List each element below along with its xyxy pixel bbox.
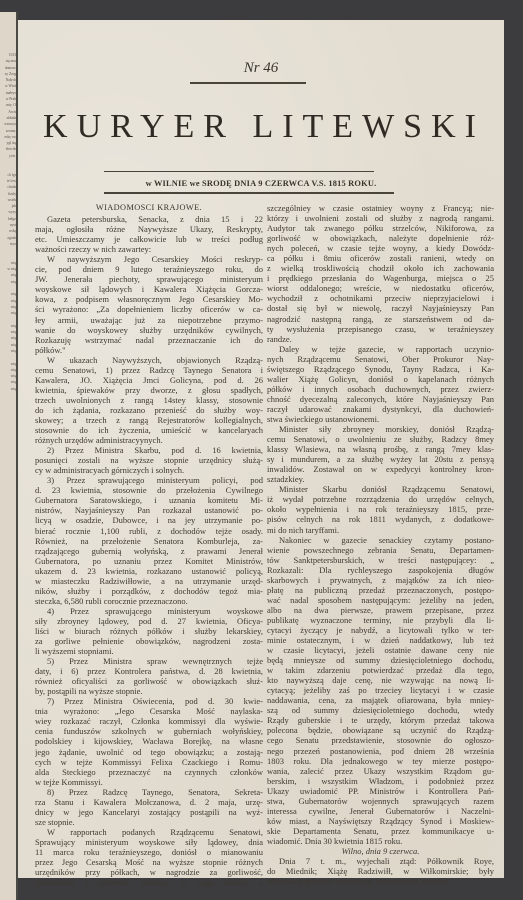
text-line: łey armii, uważając już za niepotrzebne … — [35, 315, 263, 325]
text-line: roztropność i czynność okazaną, w ciągu … — [35, 877, 263, 887]
text-line: Marszałek gubernii wileńskiey, Sulistrow… — [267, 876, 494, 886]
text-line: Gazeta petersburska, Senacka, z dnia 15 … — [35, 214, 263, 224]
text-line: 3) Przez sprawującego ministeryum policy… — [35, 475, 263, 485]
text-line: publikatę wyznaczone terminy, nie przyby… — [267, 615, 494, 625]
text-line: gorliwość w obowiązkach, należyte dopełn… — [267, 233, 494, 243]
text-line: alda Steckiego przeznaczyć na czynnych c… — [35, 767, 263, 777]
text-line: chność dyecezalną zaleconych, które Nayj… — [267, 394, 494, 404]
section-heading: WIADOMOSCI KRAJOWE. — [35, 203, 263, 213]
text-line: skie Departamenta Senatu, przez kommunik… — [267, 826, 494, 836]
text-line: jego żądanie, uwolnić od tego obowiązku;… — [35, 747, 263, 757]
text-line: dnicy w jego Kancelaryi zostający postąp… — [35, 807, 263, 817]
text-line: nagrodzić następną rangą, ze starszeństw… — [267, 314, 494, 324]
text-line: JW. Jenerała piechoty, sprawującego mini… — [35, 274, 263, 284]
text-line: nego przezeń postanowienia, pod dniem 28… — [267, 746, 494, 756]
text-line: cemu Senatowi, 1) przez Radzcę Taynego S… — [35, 365, 263, 375]
text-line: również oficyaliści za gorliwość w obowi… — [35, 676, 263, 686]
text-line: cytacyi życzący je nabydź, a licytowali … — [267, 625, 494, 635]
text-line: do ich żądania, rozkazano przenieść do s… — [35, 405, 263, 415]
text-line: stosownie do ich życzenia, umieścić w ka… — [35, 425, 263, 435]
text-line: polecona będzie, obowiązane są uczynić d… — [267, 725, 494, 735]
text-line: sztadzkiey. — [267, 474, 494, 484]
text-line: 4) Przez sprawującego ministeryum woysko… — [35, 606, 263, 616]
text-line: d. 23 kwietnia, stosownie do przełożenia… — [35, 485, 263, 495]
text-line: ty wysłużenia przepisanego czasu, w tera… — [267, 324, 494, 334]
text-line: cy w administracyach górniczych i solnyc… — [35, 465, 263, 475]
text-line: randze. — [267, 334, 494, 344]
text-line: wiey rozkazać raczył, Członka kommissyi … — [35, 716, 263, 726]
text-line: sy i mundurem, a za służbę wyżey lat 20s… — [267, 454, 494, 464]
issue-number: Nr 46 — [18, 60, 504, 77]
text-line: ków miast, a Nayświętszy Rządzący Synod … — [267, 816, 494, 826]
text-line: kto naywyższą daje cenę, nie wzywając na… — [267, 675, 494, 685]
text-line: w takim zdarzeniu potwierdzać przedaż dl… — [267, 665, 494, 675]
text-line: W ukazach Naywyższych, objawionych Rządz… — [35, 355, 263, 365]
text-line: Audytor tak zwanego półku strzelców, Nik… — [267, 223, 494, 233]
text-line: Gubernatora, po uznaniu przez Komitet Mi… — [35, 556, 263, 566]
text-line: ca półku i 8miu oficerów zostali ranieni… — [267, 253, 494, 263]
text-line: półków i innych osobach duchownych, prze… — [267, 384, 494, 394]
text-line: wania, zalecić przez Ukazy wszystkim Rzą… — [267, 766, 494, 776]
text-line: skowey; a trzech z rangą Rejestratorów k… — [35, 415, 263, 425]
text-line: cie, pod dniem 9 lutego teraźnieyszego r… — [35, 264, 263, 274]
text-line: około wypełnienia i na rok teraźnieyszy … — [267, 504, 494, 514]
text-line: Nakoniec w gazecie senackiey czytamy pos… — [267, 535, 494, 545]
text-line: 2) Przez Ministra Skarbu, pod d. 16 kwie… — [35, 445, 263, 455]
newspaper-title: KURYER LITEWSKI — [24, 108, 504, 146]
text-line: berskim, i wszystkim Władzom, i podobnie… — [267, 776, 494, 786]
text-line: rządzającego gubernią wołyńską, z prawam… — [35, 546, 263, 556]
text-line: ukazem d. 23 kwietnia, rozkazano ustanow… — [35, 566, 263, 576]
text-line: Gubernatora Saratowskiego, i uznania kom… — [35, 495, 263, 505]
text-line: sze stopnie. — [35, 817, 263, 827]
adjacent-page-text: 1013 się nou domosc zy Zorg Nałych w Wio… — [0, 52, 16, 392]
text-line: nych poleceń, w czasie tejże woyny, a ki… — [267, 243, 494, 253]
text-line: nistrów, Nayjaśnieyszy Pan rozkazał usta… — [35, 505, 263, 515]
text-line: posunięci zostali na wyższe stopnie urzę… — [35, 455, 263, 465]
text-line: rza Stanu i Kawalera Mołczanowa, d. 2 ma… — [35, 797, 263, 807]
right-column: szczególniey w czasie ostatniey woyny z … — [267, 203, 494, 886]
text-line: 8) Przez Radzcę Taynego, Senatora, Sekre… — [35, 787, 263, 797]
text-line: Wilno, dnia 9 czerwca. — [267, 846, 494, 856]
dateline: w WILNIE we SRODĘ DNIA 9 CZERWCA V.S. 18… — [18, 179, 504, 188]
text-line: wychodził z ochotnikami przeciw nieprzyj… — [267, 293, 494, 303]
text-line: daty, i 6) przez Kontrolera państwa, d. … — [35, 666, 263, 676]
text-line: Kawalera, JO. Xiążęcia Jmci Golicyna, po… — [35, 375, 263, 385]
text-line: wiadomić. Dnia 30 kwietnia 1815 roku. — [267, 836, 494, 846]
text-line: cemu Senatowi, o uwolnieniu ze służby, R… — [267, 434, 494, 444]
text-line: inwalidów. Zostawał on w expedycyi kontr… — [267, 464, 494, 474]
text-line: siły zbroyney lądowey, pod d. 27 kwietni… — [35, 616, 263, 626]
text-line: naddawania, cena, za majątek ofiarowana,… — [267, 695, 494, 705]
text-line: tnia wyrażono: „Jego Cesarska Mość nayla… — [35, 706, 263, 716]
text-line: cych w tejże Kommissyi Felixa Czackiego … — [35, 757, 263, 767]
text-line: będą mnieysze od summy dziesięcioletnieg… — [267, 655, 494, 665]
text-line: kowa, z podpisem własnoręcznym Jego Cesa… — [35, 294, 263, 304]
text-line: półków." — [35, 345, 263, 355]
text-line: wienie powszechnego zebrania Senatu, Dep… — [267, 545, 494, 555]
dateline-rule-top — [104, 171, 374, 172]
text-line: Minister Skarbu doniósł Rządzącemu Senat… — [267, 484, 494, 494]
text-line: albo na dwa pierwsze, prawem przepisane,… — [267, 605, 494, 615]
text-line: cytacyą; jeżeliby zaś po trzeciey licyta… — [267, 685, 494, 695]
text-line: Minister siły zbroyney morskiey, doniósł… — [267, 424, 494, 434]
text-line: szą od summy dziesięcioletniego dochodu,… — [267, 705, 494, 715]
text-line: przez Jego Cesarską Mość na wyższe stopn… — [35, 857, 263, 867]
text-line: Również, na przełożenie Senatora Komburl… — [35, 536, 263, 546]
text-line: ników, służby i porządków, z dochodów te… — [35, 586, 263, 596]
text-line: woyskowe sił lądowych i Kawalera Xiążęci… — [35, 284, 263, 294]
dateline-rule-bottom — [104, 192, 394, 194]
text-line: z wielką troskliwością chodził około ich… — [267, 263, 494, 273]
text-line: pisów celnych na rok 1811 wydanych, z do… — [267, 514, 494, 524]
text-line: steczka, 6,580 rubli corocznie przeznacz… — [35, 596, 263, 606]
text-line: do Miednik; Xiążę Radziwiłł, w Wiłkomirs… — [267, 866, 494, 876]
text-line: płatę na publiczną przedaż przeznaczonyc… — [267, 585, 494, 595]
right-column-body: szczególniey w czasie ostatniey woyny z … — [267, 203, 494, 886]
newspaper-page: Nr 46 KURYER LITEWSKI w WILNIE we SRODĘ … — [18, 20, 504, 878]
text-line: W naywyższym Jego Cesarskiey Mości reskr… — [35, 254, 263, 264]
text-line: cenia funduszów szkolnych w guberniach w… — [35, 726, 263, 736]
text-line: wiorst oddalonego; wreście, w niedostatk… — [267, 283, 494, 293]
text-line: w miasteczku Radziwiłłowie, a na utrzyma… — [35, 576, 263, 586]
text-line: Rozkazali: Dla rychleyszego zaspokojenia… — [267, 565, 494, 575]
text-line: licyą w osadzie, Dubowce, i na jey utrzy… — [35, 515, 263, 525]
text-line: w tejże Kommissyi. — [35, 777, 263, 787]
text-line: cego Senatu przedstawienie, stosownie do… — [267, 735, 494, 745]
text-line: raczył udarować znakami dystynkcyi, dla … — [267, 404, 494, 414]
text-line: świętszego Rządzącego Synodu, Tayny Radz… — [267, 364, 494, 374]
adjacent-page-edge: 1013 się nou domosc zy Zorg Nałych w Wio… — [0, 12, 17, 900]
text-line: Dnia 7 t. m., wyjechali ztąd: Półkownik … — [267, 856, 494, 866]
text-line: Ukazy uwiadomić PP. Ministrów i Kontroll… — [267, 786, 494, 796]
left-column-body: Gazeta petersburska, Senacka, z dnia 15 … — [35, 214, 263, 887]
text-line: W rapportach podanych Rządzącemu Senatow… — [35, 827, 263, 837]
text-line: trzech uwolnionych z rangą 14stey klassy… — [35, 395, 263, 405]
text-line: klassy Wlasiewa, na własną prośbę, z ran… — [267, 444, 494, 454]
text-line: 1803 roku. Dla jednakowego w tey mierze … — [267, 756, 494, 766]
text-line: minie ostatecznym, i w dzień naddatkowy,… — [267, 635, 494, 645]
text-line: różnych urzędów administracyynych. — [35, 435, 263, 445]
text-line: za gorliwe pełnienie obowiązków, nagrodz… — [35, 636, 263, 646]
text-line: którzy i uwolnieni zostali od służby z n… — [267, 213, 494, 223]
text-line: Rozkazuję wstrzymać nadal przeznaczanie … — [35, 335, 263, 345]
text-line: ści wyrażono: „Za dopełnieniem liczby of… — [35, 304, 263, 314]
text-line: tów Sanktpetersburskich, w treści następ… — [267, 555, 494, 565]
text-line: stwa świeckiego ustanowionemi. — [267, 414, 494, 424]
text-line: 5) Przez Ministra spraw wewnętrznych tej… — [35, 656, 263, 666]
text-line: podolskiey i kijowskiey, Wacława Borejkę… — [35, 736, 263, 746]
text-line: li wyższemi stopniami. — [35, 646, 263, 656]
masthead-rule-top — [190, 82, 306, 84]
text-line: iż wydał potrzebne rozrządzenia do urzęd… — [267, 494, 494, 504]
text-line: dostał się był w niewolę, raczył Nayjaśn… — [267, 303, 494, 313]
text-line: i prędkiego przesłania do Wagenburga, mi… — [267, 273, 494, 283]
text-line: kwietnia, śpiewaków przy dworze, z głosu… — [35, 385, 263, 395]
text-line: walier Xiążę Golicyn, doniósł o kapelana… — [267, 374, 494, 384]
text-line: Rządy guberskie i te urzędy, którym prze… — [267, 715, 494, 725]
text-line: 11 marca roku teraźnieyszego, doniósł o … — [35, 847, 263, 857]
left-column: WIADOMOSCI KRAJOWE. Gazeta petersburska,… — [35, 203, 263, 887]
text-line: nych Rządzącemu Senatowi, Ober Prokuror … — [267, 354, 494, 364]
text-line: Sprawujący ministeryum woyskowe siły ląd… — [35, 837, 263, 847]
text-line: wać nadal sposobem następującym: jeżelib… — [267, 595, 494, 605]
text-line: liści w biurach różnych półków i służby … — [35, 626, 263, 636]
text-line: Daley w tejże gazecie, w rapportach uczy… — [267, 344, 494, 354]
text-line: wanie do woyskowey służby urzędników cyw… — [35, 325, 263, 335]
text-line: mi do nich taryffami. — [267, 525, 494, 535]
text-line: ważności rzeczy w nich zawartey: — [35, 244, 263, 254]
text-line: by, postąpili na wyższe stopnie. — [35, 686, 263, 696]
text-line: etc. Umieszczamy je całkowicie lub w tre… — [35, 234, 263, 244]
text-line: skarbowych i prywatnych, z majątków za i… — [267, 575, 494, 585]
text-line: bierać rocznie 1,100 rubli, z dochodów t… — [35, 526, 263, 536]
text-line: szczególniey w czasie ostatniey woyny z … — [267, 203, 494, 213]
text-line: stwa, Gubernatorów wojennych sprawującyc… — [267, 796, 494, 806]
text-line: urzędników przy półkach, w nagrodzie za … — [35, 867, 263, 877]
text-line: w czasie licytacyi, jeżeli ostatnie dawa… — [267, 645, 494, 655]
text-line: maja, ogłosiła różne Naywyższe Ukazy, Re… — [35, 224, 263, 234]
text-line: interessa cywilne, Jenerał Gubernatorów … — [267, 806, 494, 816]
text-line: 7) Przez Ministra Oświecenia, pod d. 30 … — [35, 696, 263, 706]
